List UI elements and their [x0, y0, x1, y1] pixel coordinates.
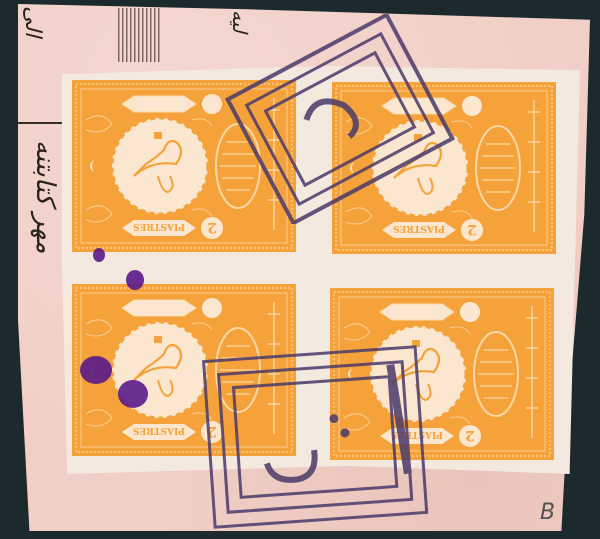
- ink-blot: [93, 248, 105, 262]
- manuscript-top-left: الی: [20, 6, 45, 37]
- manuscript-left-margin: مهر كتابتنه: [30, 140, 60, 254]
- pencil-mark: B: [540, 500, 555, 525]
- seal-cancellation-bottom: [195, 340, 435, 530]
- ink-blot: [126, 270, 144, 290]
- ink-blot: [80, 356, 112, 384]
- plate-lines: [118, 8, 162, 62]
- ink-blot: [118, 380, 148, 408]
- ruled-line: [18, 122, 64, 124]
- seal-cancellation-top: [200, 14, 480, 224]
